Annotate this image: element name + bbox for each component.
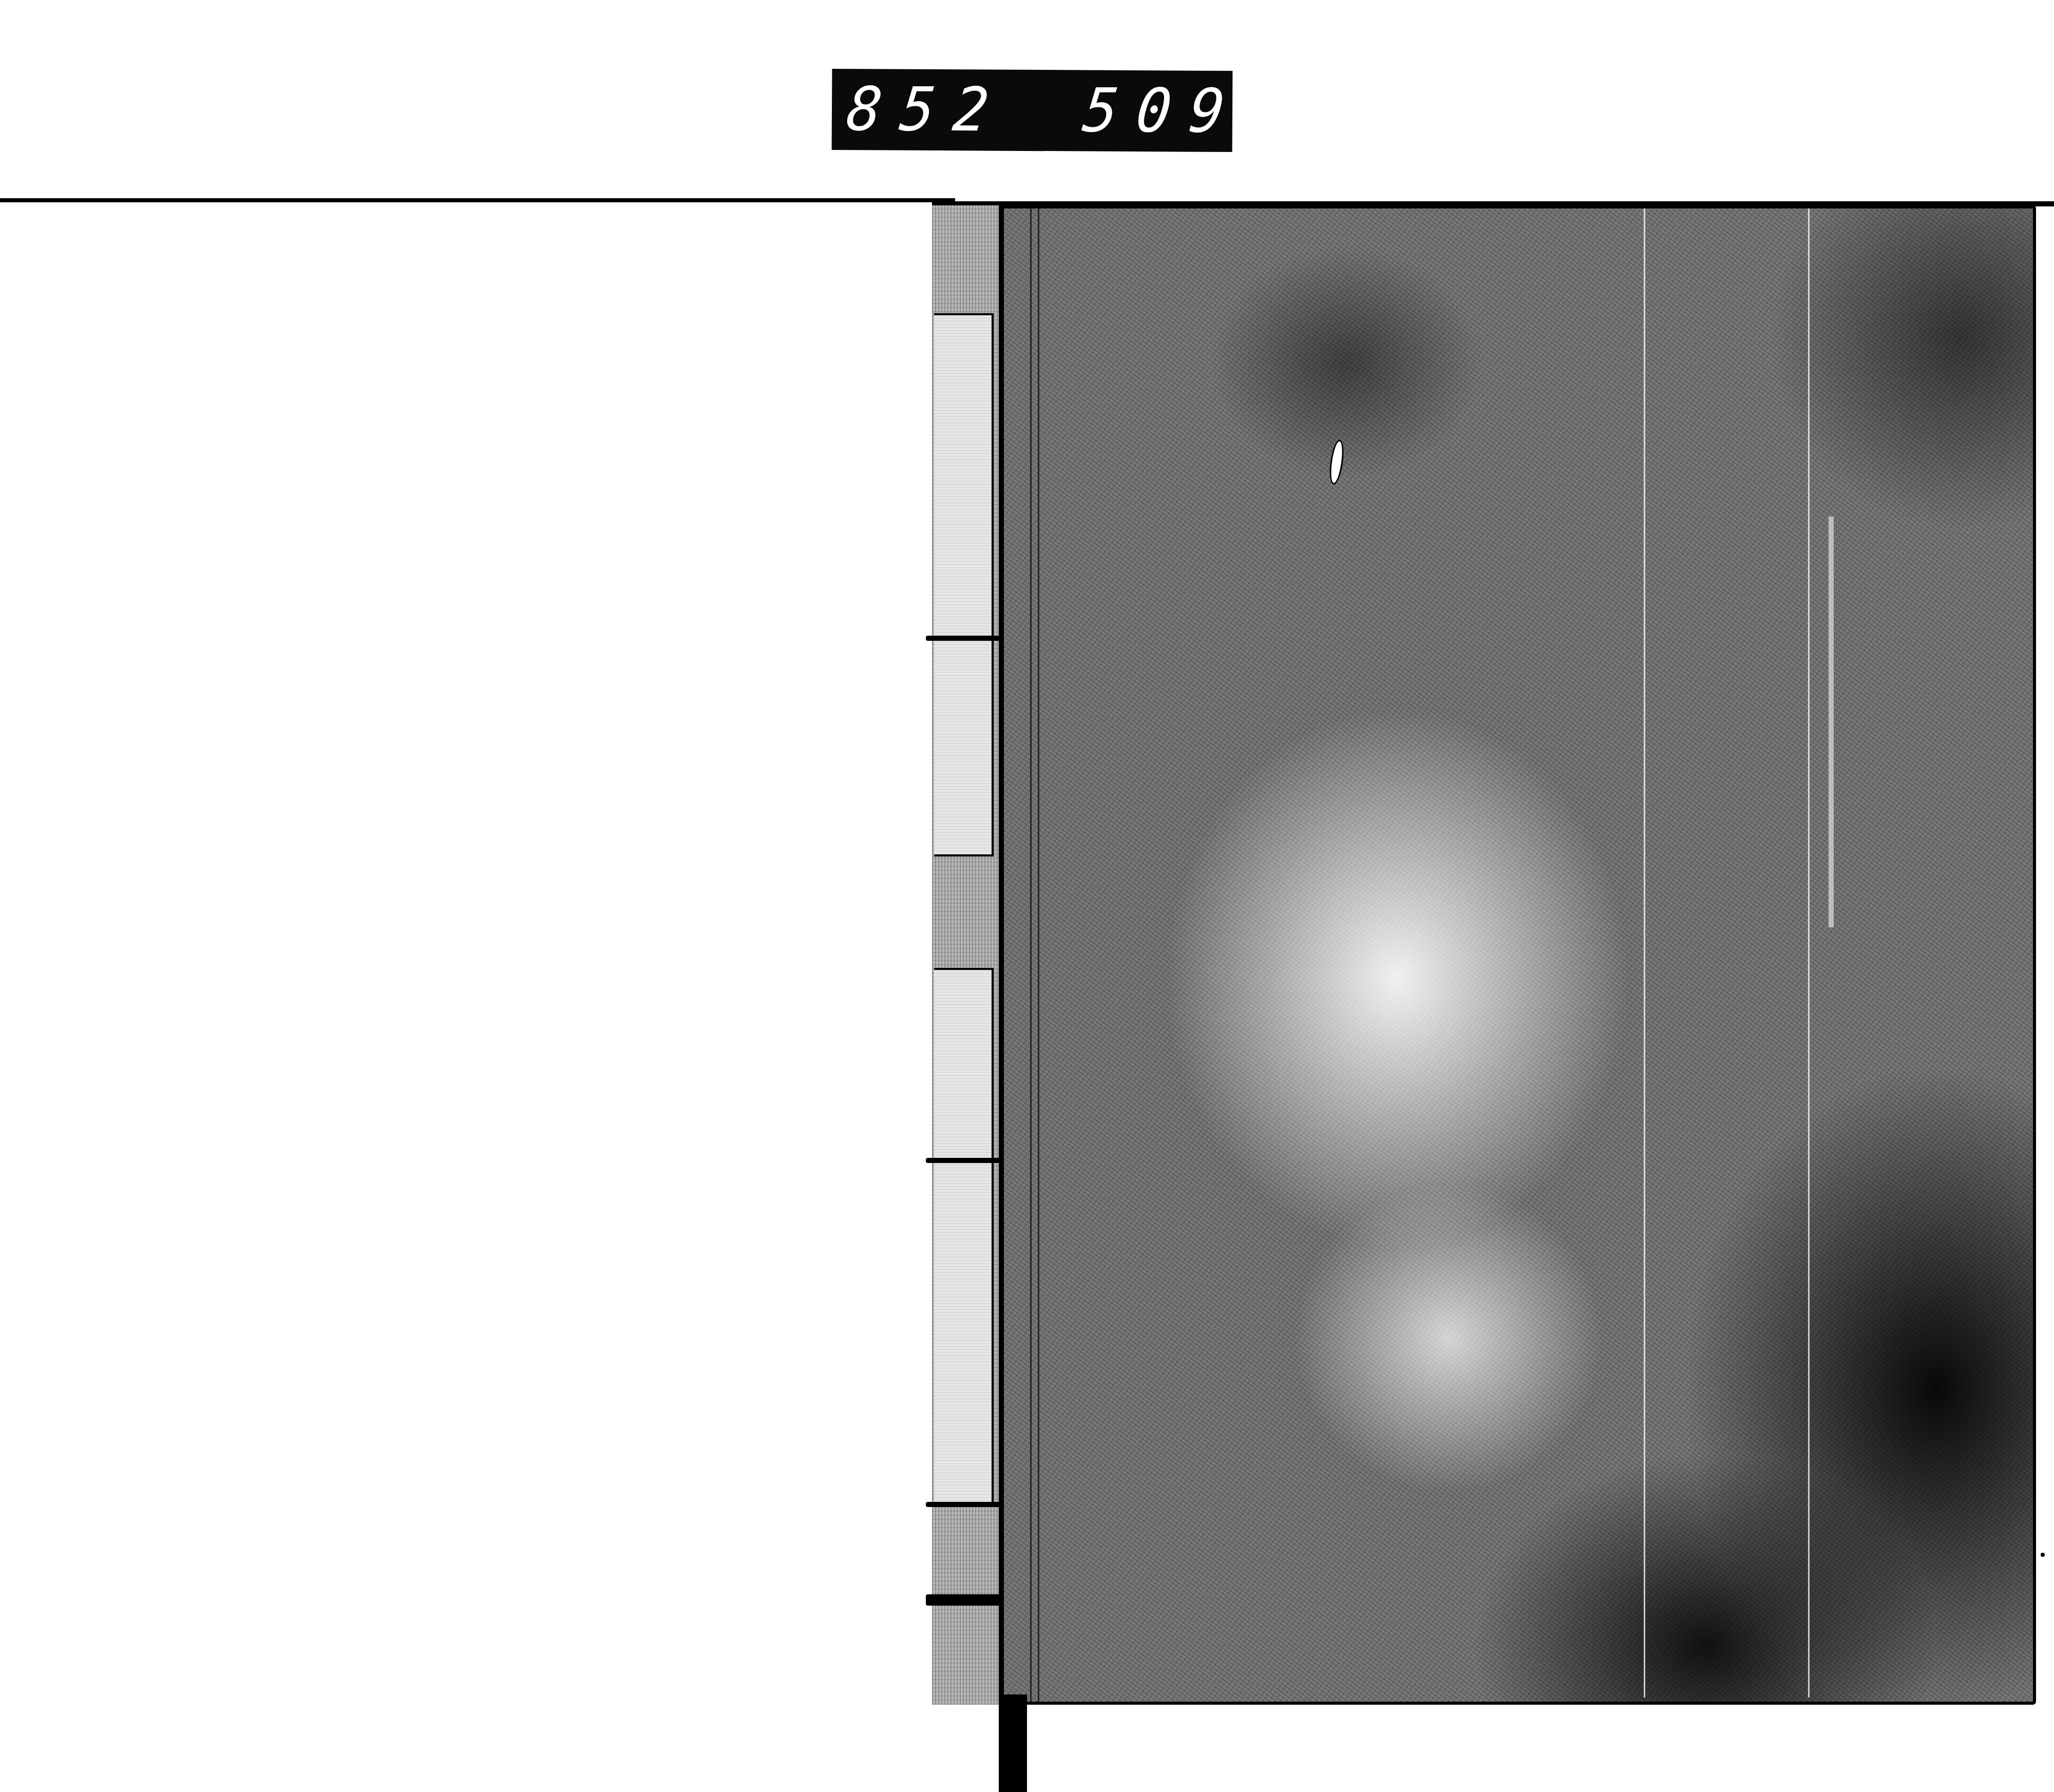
binding-stitch [926,1502,1003,1507]
call-number-label: 852 509. [832,69,1233,152]
book [932,205,2036,1705]
binding-stitch [926,1158,1003,1163]
scanned-page: 852 509. [0,0,2054,1792]
scan-speck [2041,1553,2045,1557]
cover-crease [1644,208,1645,1698]
book-cover [932,205,2036,1705]
binding-stitch [926,636,1003,641]
spine-label-window [934,313,994,856]
cover-crease [1829,517,1834,927]
spine-label-window [934,968,994,1506]
wormhole-mark [1327,439,1346,485]
cover-fold-line [1038,208,1039,1702]
binding-stitch [926,1594,1003,1606]
cover-fold-line [1030,208,1032,1702]
horizontal-rule [0,198,955,202]
call-number-part-a: 852 [844,79,1010,140]
cover-crease [1808,208,1810,1698]
binding-thread-tail [999,1694,1027,1792]
call-number-part-b: 509. [1080,81,1300,142]
stitched-spine [932,205,1004,1705]
